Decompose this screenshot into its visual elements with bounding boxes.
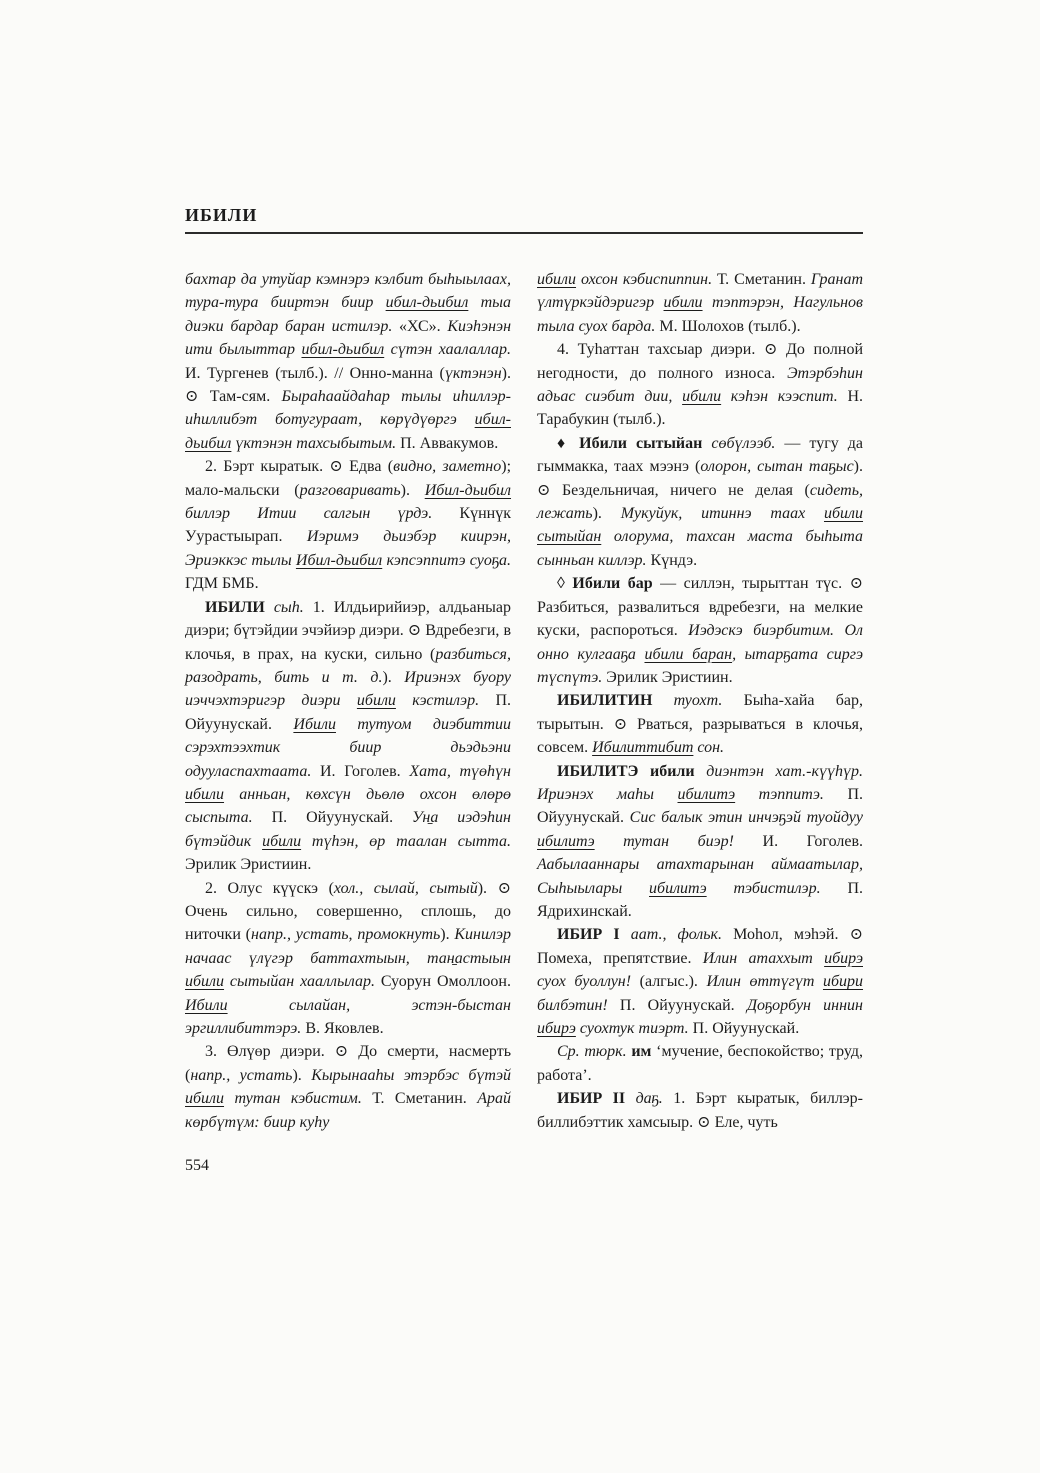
header-rule — [185, 232, 863, 234]
text-run: ибили — [357, 692, 396, 709]
text-run: биллэр Итии салгын үрдэ. — [185, 505, 432, 522]
text-run: суохтук тиэрт. — [576, 1020, 689, 1037]
text-run: ибили — [262, 833, 301, 850]
text-run: аат., фольк. — [620, 926, 722, 943]
text-run: Ср. тюрк. — [557, 1043, 627, 1060]
text-run: видно, заметно — [393, 458, 501, 475]
text-run: тутан биэр! — [595, 833, 734, 850]
text-run: ибилитэ — [678, 786, 736, 803]
text-run: туохт. — [652, 692, 722, 709]
text-run: сон. — [693, 739, 724, 756]
text-run: 2. Бэрт кыратык. ⊙ Едва ( — [205, 458, 393, 475]
dictionary-page: ИБИЛИ бахтар да утуйар кэмнэрэ кэлбит бы… — [0, 0, 1040, 1473]
text-run: Ибил-дьибил — [425, 482, 511, 499]
text-run: Ибилиттибит — [592, 739, 693, 756]
text-run: Доҕорбун иннин — [747, 997, 863, 1014]
text-run: И. Тургенев (тылб.). // Онно-манна ( — [185, 365, 445, 382]
text-run: ибил-дьибил — [301, 341, 384, 358]
page-content: ИБИЛИ бахтар да утуйар кэмнэрэ кэлбит бы… — [185, 205, 863, 1176]
text-run: ибири — [823, 973, 863, 990]
paragraph: 2. Олус күүскэ (хол., сылай, сытый). ⊙ О… — [185, 877, 511, 1041]
text-run: ◊ — [557, 575, 572, 592]
text-run: Күндэ. — [647, 552, 698, 569]
text-run: сүтэн хаалаллар. — [384, 341, 511, 358]
text-run: ибирэ — [824, 950, 863, 967]
text-run: ♦ — [557, 435, 579, 452]
text-run: В. Яковлев. — [301, 1020, 383, 1037]
text-run: Суорун Омоллоон. — [375, 973, 511, 990]
text-run: Мукуйук, итиннэ таах — [621, 505, 824, 522]
text-run: олорон, сытан таҕыс — [700, 458, 853, 475]
text-run: (алгыс.). — [631, 973, 706, 990]
text-run: ибилитэ — [649, 880, 707, 897]
text-run: ИБИЛИ — [205, 599, 265, 616]
text-run: ибил-дьибил — [386, 294, 469, 311]
text-run: үктэнэн тахсыбытым. — [231, 435, 396, 452]
text-run: тутан кэбистим. — [224, 1090, 362, 1107]
text-run: сытыйан хааллылар. — [224, 973, 375, 990]
text-run: Ибили бар — [572, 575, 652, 592]
text-run: билбэтин! — [537, 997, 608, 1014]
page-number: 554 — [185, 1156, 863, 1176]
text-run: Ибил-дьибил — [296, 552, 382, 569]
text-run: тэбистилэр. — [707, 880, 821, 897]
text-run: Ириэнэх маһы — [537, 786, 678, 803]
text-run: Ибили сытыйан — [579, 435, 702, 452]
paragraph: бахтар да утуйар кэмнэрэ кэлбит быһыылаа… — [185, 268, 511, 455]
paragraph: Ср. тюрк. им ‘мучение, беспокойство; тру… — [537, 1040, 863, 1087]
text-run: П. Ойуунускай. — [689, 1020, 800, 1037]
text-run: им — [627, 1043, 652, 1060]
text-run: ибили — [185, 973, 224, 990]
paragraph: ИБИР II даҕ. 1. Бэрт кыратык, биллэр-бил… — [537, 1087, 863, 1134]
paragraph: ИБИР I аат., фольк. Моһол, мэһэй. ⊙ Поме… — [537, 923, 863, 1040]
text-run: Кырынааһы этэрбэс бүтэй — [311, 1067, 511, 1084]
paragraph: ИБИЛИТЭ ибили диэнтэн хат.-күүһүр. Ириэн… — [537, 760, 863, 924]
text-run: ). — [593, 505, 621, 522]
text-run: Эрилик Эристиин. — [185, 856, 311, 873]
text-run: кэһэн кээспит. — [721, 388, 838, 405]
text-run: ). — [292, 1067, 311, 1084]
text-run: үктэнэн — [445, 365, 502, 382]
text-columns: бахтар да утуйар кэмнэрэ кэлбит быһыылаа… — [185, 268, 863, 1134]
text-run: Илин өттүгүт — [706, 973, 822, 990]
paragraph: 3. Өлүөр диэри. ⊙ До смерти, насмерть (н… — [185, 1040, 511, 1134]
paragraph: ♦ Ибили сытыйан сөбүлээб. — тугу да гымм… — [537, 432, 863, 572]
column-left: бахтар да утуйар кэмнэрэ кэлбит быһыылаа… — [185, 268, 511, 1134]
text-run: сөбүлээб. — [702, 435, 775, 452]
text-run: напр., устать, промокнуть — [251, 926, 440, 943]
text-run: ). — [382, 669, 404, 686]
text-run: Эрилик Эристиин. — [602, 669, 732, 686]
text-run: кэстилэр. — [396, 692, 479, 709]
text-run: ИБИЛИТЭ ибили — [557, 763, 695, 780]
text-run: П. Ойуунускай. — [253, 809, 412, 826]
text-run: Ибили — [185, 997, 228, 1014]
text-run: 2. Олус күүскэ ( — [205, 880, 334, 897]
text-run: ). — [440, 926, 454, 943]
text-run: ибилитэ — [537, 833, 595, 850]
text-run: напр., устать — [190, 1067, 292, 1084]
text-run: хол., сылай, сытый — [334, 880, 478, 897]
text-run: ). — [401, 482, 425, 499]
paragraph: ИБИЛИ сыһ. 1. Илдьирийиэр, алдьаныар диэ… — [185, 596, 511, 877]
text-run: Хата, түөһүн — [409, 763, 511, 780]
text-run: ибили — [664, 294, 703, 311]
paragraph: ◊ Ибили бар — силлэн, тырыттан түс. ⊙ Ра… — [537, 572, 863, 689]
text-run: ГДМ БМБ. — [185, 575, 259, 592]
text-run: ибирэ — [537, 1020, 576, 1037]
text-run: диэнтэн хат.-күүһүр. — [695, 763, 863, 780]
text-run: түһэн, өр таалан сытта. — [301, 833, 511, 850]
text-run: тэппитэ. — [735, 786, 824, 803]
paragraph: ИБИЛИТИН туохт. Быһа-хайа бар, тырытын. … — [537, 689, 863, 759]
text-run: ибили — [682, 388, 721, 405]
text-run: ибили — [185, 1090, 224, 1107]
paragraph: 2. Бэрт кыратык. ⊙ Едва (видно, заметно)… — [185, 455, 511, 595]
text-run: кэпсэппитэ суоҕа. — [382, 552, 511, 569]
text-run: суох буоллун! — [537, 973, 631, 990]
text-run: даҕ. — [625, 1090, 663, 1107]
text-run: И. Гоголев. — [311, 763, 409, 780]
text-run: Ибили — [293, 716, 336, 733]
text-run: «ХС». — [392, 318, 447, 335]
text-run: ИБИР I — [557, 926, 620, 943]
text-run: охсон кэбиспиппин. — [576, 271, 712, 288]
text-run: ибили — [185, 786, 224, 803]
text-run: ибили — [537, 271, 576, 288]
text-run: ибили — [824, 505, 863, 522]
paragraph: 4. Туһаттан тахсыар диэри. ⊙ До полной н… — [537, 338, 863, 432]
text-run: разговаривать — [300, 482, 401, 499]
column-right: ибили охсон кэбиспиппин. Т. Сметанин. Гр… — [537, 268, 863, 1134]
text-run: Илин атаххыт — [703, 950, 824, 967]
text-run: сыһ. — [265, 599, 304, 616]
text-run: И. Гоголев. — [734, 833, 863, 850]
text-run: ибили баран — [644, 646, 732, 663]
text-run: ИБИР II — [557, 1090, 625, 1107]
text-run: сытыйан — [537, 528, 601, 545]
text-run: ИБИЛИТИН — [557, 692, 652, 709]
text-run: М. Шолохов (тылб.). — [655, 318, 800, 335]
text-run: П. Ойуунускай. — [608, 997, 747, 1014]
text-run: Т. Сметанин. — [362, 1090, 477, 1107]
text-run: Сис балык этин инчэҕэй туойдуу — [630, 809, 863, 826]
running-head: ИБИЛИ — [185, 205, 863, 225]
text-run: П. Аввакумов. — [396, 435, 498, 452]
text-run: Т. Сметанин. — [712, 271, 811, 288]
paragraph: ибили охсон кэбиспиппин. Т. Сметанин. Гр… — [537, 268, 863, 338]
